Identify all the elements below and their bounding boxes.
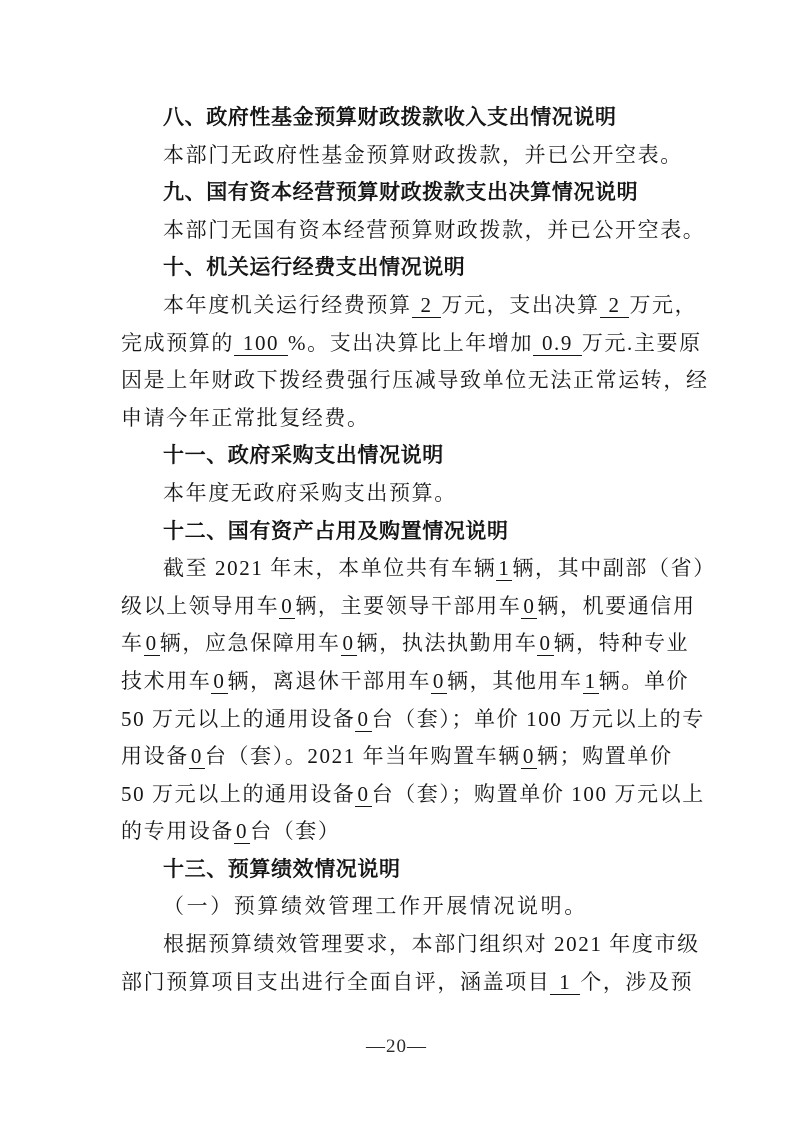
section-heading: 九、国有资本经营预算财政拨款支出决算情况说明 bbox=[121, 174, 721, 212]
text-segment: 台（套）；购置单价 100 万元以上 bbox=[372, 782, 705, 806]
text-line: 车0辆，应急保障用车0辆，执法执勤用车0辆，特种专业 bbox=[121, 625, 721, 663]
text-segment: 辆，应急保障用车 bbox=[160, 631, 341, 655]
text-line: 申请今年正常批复经费。 bbox=[121, 400, 721, 438]
text-segment: 辆。单价 bbox=[599, 669, 689, 693]
text-line: 部门预算项目支出进行全面自评，涵盖项目 1 个，涉及预 bbox=[121, 964, 721, 1002]
underlined-value: 0 bbox=[279, 594, 295, 619]
text-line: 本部门无政府性基金预算财政拨款，并已公开空表。 bbox=[121, 137, 721, 175]
text-segment: 本年度机关运行经费预算 bbox=[163, 293, 412, 317]
text-segment: 辆，其他用车 bbox=[447, 669, 583, 693]
text-segment: 本年度无政府采购支出预算。 bbox=[163, 481, 457, 505]
underlined-value: 0.9 bbox=[533, 331, 582, 356]
text-segment: 申请今年正常批复经费。 bbox=[121, 406, 370, 430]
text-segment: 十一、政府采购支出情况说明 bbox=[163, 444, 444, 467]
text-line: （一）预算绩效管理工作开展情况说明。 bbox=[121, 888, 721, 926]
text-segment: 截至 2021 年末，本单位共有车辆 bbox=[163, 556, 496, 580]
text-segment: 台（套） bbox=[250, 819, 340, 843]
underlined-value: 0 bbox=[521, 594, 537, 619]
text-segment: 车 bbox=[121, 631, 144, 655]
section-heading: 十二、国有资产占用及购置情况说明 bbox=[121, 513, 721, 551]
text-line: 的专用设备0台（套） bbox=[121, 813, 721, 851]
section-heading: 十一、政府采购支出情况说明 bbox=[121, 437, 721, 475]
text-segment: 50 万元以上的通用设备 bbox=[121, 707, 355, 731]
underlined-value: 2 bbox=[412, 293, 442, 318]
underlined-value: 2 bbox=[600, 293, 630, 318]
underlined-value: 0 bbox=[211, 669, 227, 694]
underlined-value: 0 bbox=[537, 631, 553, 656]
section-heading: 八、政府性基金预算财政拨款收入支出情况说明 bbox=[121, 99, 721, 137]
underlined-value: 0 bbox=[189, 744, 205, 769]
text-line: 截至 2021 年末，本单位共有车辆1辆，其中副部（省） bbox=[121, 550, 721, 588]
text-line: 50 万元以上的通用设备0台（套）；购置单价 100 万元以上 bbox=[121, 776, 721, 814]
text-segment: 辆，其中副部（省） bbox=[512, 556, 715, 580]
text-segment: 辆，执法执勤用车 bbox=[357, 631, 538, 655]
text-segment: 十、机关运行经费支出情况说明 bbox=[163, 256, 465, 279]
text-segment: （一）预算绩效管理工作开展情况说明。 bbox=[163, 894, 588, 918]
text-segment: 因是上年财政下拨经费强行压减导致单位无法正常运转，经 bbox=[121, 368, 709, 392]
text-segment: 50 万元以上的通用设备 bbox=[121, 782, 355, 806]
text-line: 因是上年财政下拨经费强行压减导致单位无法正常运转，经 bbox=[121, 362, 721, 400]
text-segment: 台（套）；单价 100 万元以上的专 bbox=[372, 707, 705, 731]
text-segment: 万元，支出决算 bbox=[441, 293, 599, 317]
underlined-value: 100 bbox=[234, 331, 288, 356]
text-segment: %。支出决算比上年增加 bbox=[288, 331, 533, 355]
section-heading: 十、机关运行经费支出情况说明 bbox=[121, 249, 721, 287]
text-segment: 八、政府性基金预算财政拨款收入支出情况说明 bbox=[163, 106, 617, 129]
text-segment: 辆，机要通信用 bbox=[537, 594, 695, 618]
text-line: 50 万元以上的通用设备0台（套）；单价 100 万元以上的专 bbox=[121, 701, 721, 739]
text-line: 本年度机关运行经费预算 2 万元，支出决算 2 万元， bbox=[121, 287, 721, 325]
text-segment: 辆，特种专业 bbox=[554, 631, 690, 655]
text-segment: 完成预算的 bbox=[121, 331, 234, 355]
text-line: 完成预算的 100 %。支出决算比上年增加 0.9 万元.主要原 bbox=[121, 325, 721, 363]
text-segment: 九、国有资本经营预算财政拨款支出决算情况说明 bbox=[163, 181, 638, 204]
text-segment: 技术用车 bbox=[121, 669, 211, 693]
document-lines: 八、政府性基金预算财政拨款收入支出情况说明本部门无政府性基金预算财政拨款，并已公… bbox=[121, 99, 721, 1001]
text-segment: 台（套）。2021 年当年购置车辆 bbox=[205, 744, 521, 768]
underlined-value: 1 bbox=[583, 669, 599, 694]
underlined-value: 0 bbox=[355, 782, 371, 807]
underlined-value: 0 bbox=[341, 631, 357, 656]
text-line: 用设备0台（套）。2021 年当年购置车辆0辆；购置单价 bbox=[121, 738, 721, 776]
underlined-value: 0 bbox=[431, 669, 447, 694]
text-segment: 辆；购置单价 bbox=[537, 744, 673, 768]
section-heading: 十三、预算绩效情况说明 bbox=[121, 851, 721, 889]
text-line: 本年度无政府采购支出预算。 bbox=[121, 475, 721, 513]
text-segment: 辆，主要领导干部用车 bbox=[295, 594, 521, 618]
text-segment: 万元.主要原 bbox=[582, 331, 702, 355]
text-line: 根据预算绩效管理要求，本部门组织对 2021 年度市级 bbox=[121, 926, 721, 964]
text-segment: 级以上领导用车 bbox=[121, 594, 279, 618]
text-segment: 万元， bbox=[629, 293, 697, 317]
text-segment: 根据预算绩效管理要求，本部门组织对 2021 年度市级 bbox=[163, 932, 700, 956]
document-page: 八、政府性基金预算财政拨款收入支出情况说明本部门无政府性基金预算财政拨款，并已公… bbox=[0, 0, 793, 1122]
text-segment: 十三、预算绩效情况说明 bbox=[163, 858, 401, 881]
text-segment: 辆，离退休干部用车 bbox=[228, 669, 431, 693]
text-segment: 部门预算项目支出进行全面自评，涵盖项目 bbox=[121, 970, 550, 994]
text-segment: 的专用设备 bbox=[121, 819, 234, 843]
underlined-value: 0 bbox=[355, 707, 371, 732]
underlined-value: 0 bbox=[234, 819, 250, 844]
underlined-value: 0 bbox=[144, 631, 160, 656]
text-segment: 本部门无政府性基金预算财政拨款，并已公开空表。 bbox=[163, 143, 683, 167]
text-segment: 本部门无国有资本经营预算财政拨款，并已公开空表。 bbox=[163, 218, 705, 242]
text-segment: 十二、国有资产占用及购置情况说明 bbox=[163, 520, 509, 543]
underlined-value: 1 bbox=[496, 556, 512, 581]
text-segment: 个，涉及预 bbox=[580, 970, 693, 994]
underlined-value: 1 bbox=[550, 970, 580, 995]
text-segment: 用设备 bbox=[121, 744, 189, 768]
text-line: 技术用车0辆，离退休干部用车0辆，其他用车1辆。单价 bbox=[121, 663, 721, 701]
underlined-value: 0 bbox=[521, 744, 537, 769]
text-line: 本部门无国有资本经营预算财政拨款，并已公开空表。 bbox=[121, 212, 721, 250]
text-line: 级以上领导用车0辆，主要领导干部用车0辆，机要通信用 bbox=[121, 588, 721, 626]
page-number: —20— bbox=[0, 1032, 793, 1062]
